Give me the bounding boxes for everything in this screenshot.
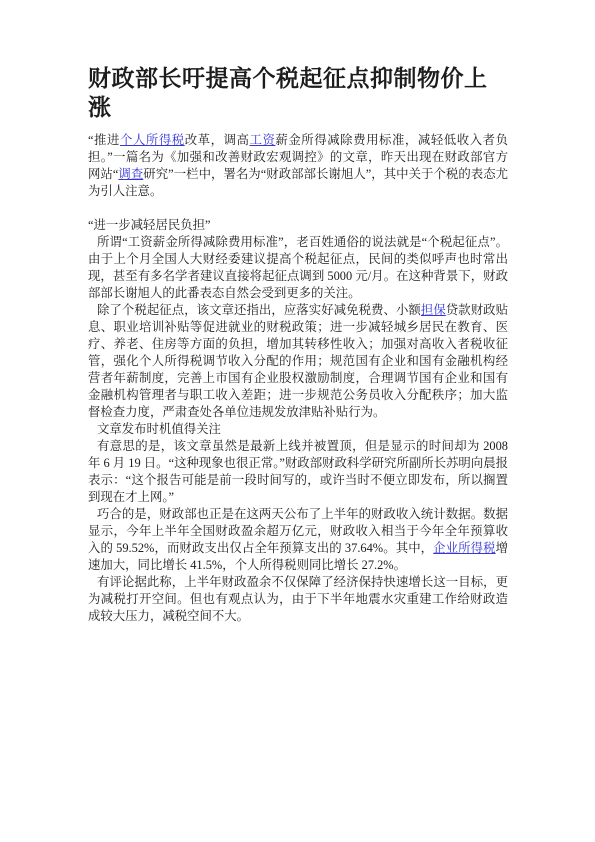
paragraph-subhead-publish-timing: 文章发布时机值得关注 <box>88 421 508 438</box>
text-run: 有意思的是，该文章虽然是最新上线并被置顶，但是显示的时间却为 2008 年 6 … <box>88 439 508 504</box>
text-run: 改革，调高 <box>185 133 250 147</box>
paragraph-subhead-relieve-burden: “进一步减轻居民负担” <box>88 217 508 234</box>
article-title: 财政部长吁提高个税起征点抑制物价上涨 <box>88 64 508 122</box>
link-corporate-income-tax[interactable]: 企业所得税 <box>433 541 495 555</box>
link-wage[interactable]: 工资 <box>250 133 276 147</box>
paragraph-lede: “推进个人所得税改革，调高工资薪金所得减除费用标准，减轻低收入者负担。”一篇名为… <box>88 132 508 200</box>
text-run: 有评论据此称，上半年财政盈余不仅保障了经济保持快速增长这一目标，更为减税打开空间… <box>88 575 508 623</box>
paragraph-commentary: 有评论据此称，上半年财政盈余不仅保障了经济保持快速增长这一目标，更为减税打开空间… <box>88 574 508 625</box>
document-page: 财政部长吁提高个税起征点抑制物价上涨 “推进个人所得税改革，调高工资薪金所得减除… <box>0 0 595 842</box>
text-run: “进一步减轻居民负担” <box>88 218 211 232</box>
paragraph-fiscal-policies: 除了个税起征点，该文章还指出，应落实好减免税费、小额担保贷款财政贴息、职业培训补… <box>88 302 508 421</box>
text-run: 所谓“工资薪金所得减除费用标准”，老百姓通俗的说法就是“个税起征点”。由于上个月… <box>88 235 508 300</box>
text-run: 研究”一栏中，署名为“财政部部长谢旭人”，其中关于个税的表态尤为引人注意。 <box>88 167 508 198</box>
paragraph-fiscal-statistics: 巧合的是，财政部也正是在这两天公布了上半年的财政收入统计数据。数据显示，今年上半… <box>88 506 508 574</box>
link-guarantee[interactable]: 担保 <box>421 303 446 317</box>
text-run: 除了个税起征点，该文章还指出，应落实好减免税费、小额 <box>97 303 421 317</box>
link-personal-income-tax[interactable]: 个人所得税 <box>120 133 185 147</box>
text-run: “推进 <box>88 133 120 147</box>
paragraph-publish-date: 有意思的是，该文章虽然是最新上线并被置顶，但是显示的时间却为 2008 年 6 … <box>88 438 508 506</box>
text-run: 贷款财政贴息、职业培训补贴等促进就业的财税政策；进一步减轻城乡居民在教育、医疗、… <box>88 303 508 419</box>
paragraph-threshold-explanation: 所谓“工资薪金所得减除费用标准”，老百姓通俗的说法就是“个税起征点”。由于上个月… <box>88 234 508 302</box>
text-run: 文章发布时机值得关注 <box>97 422 221 436</box>
link-survey-research[interactable]: 调查 <box>118 167 143 181</box>
